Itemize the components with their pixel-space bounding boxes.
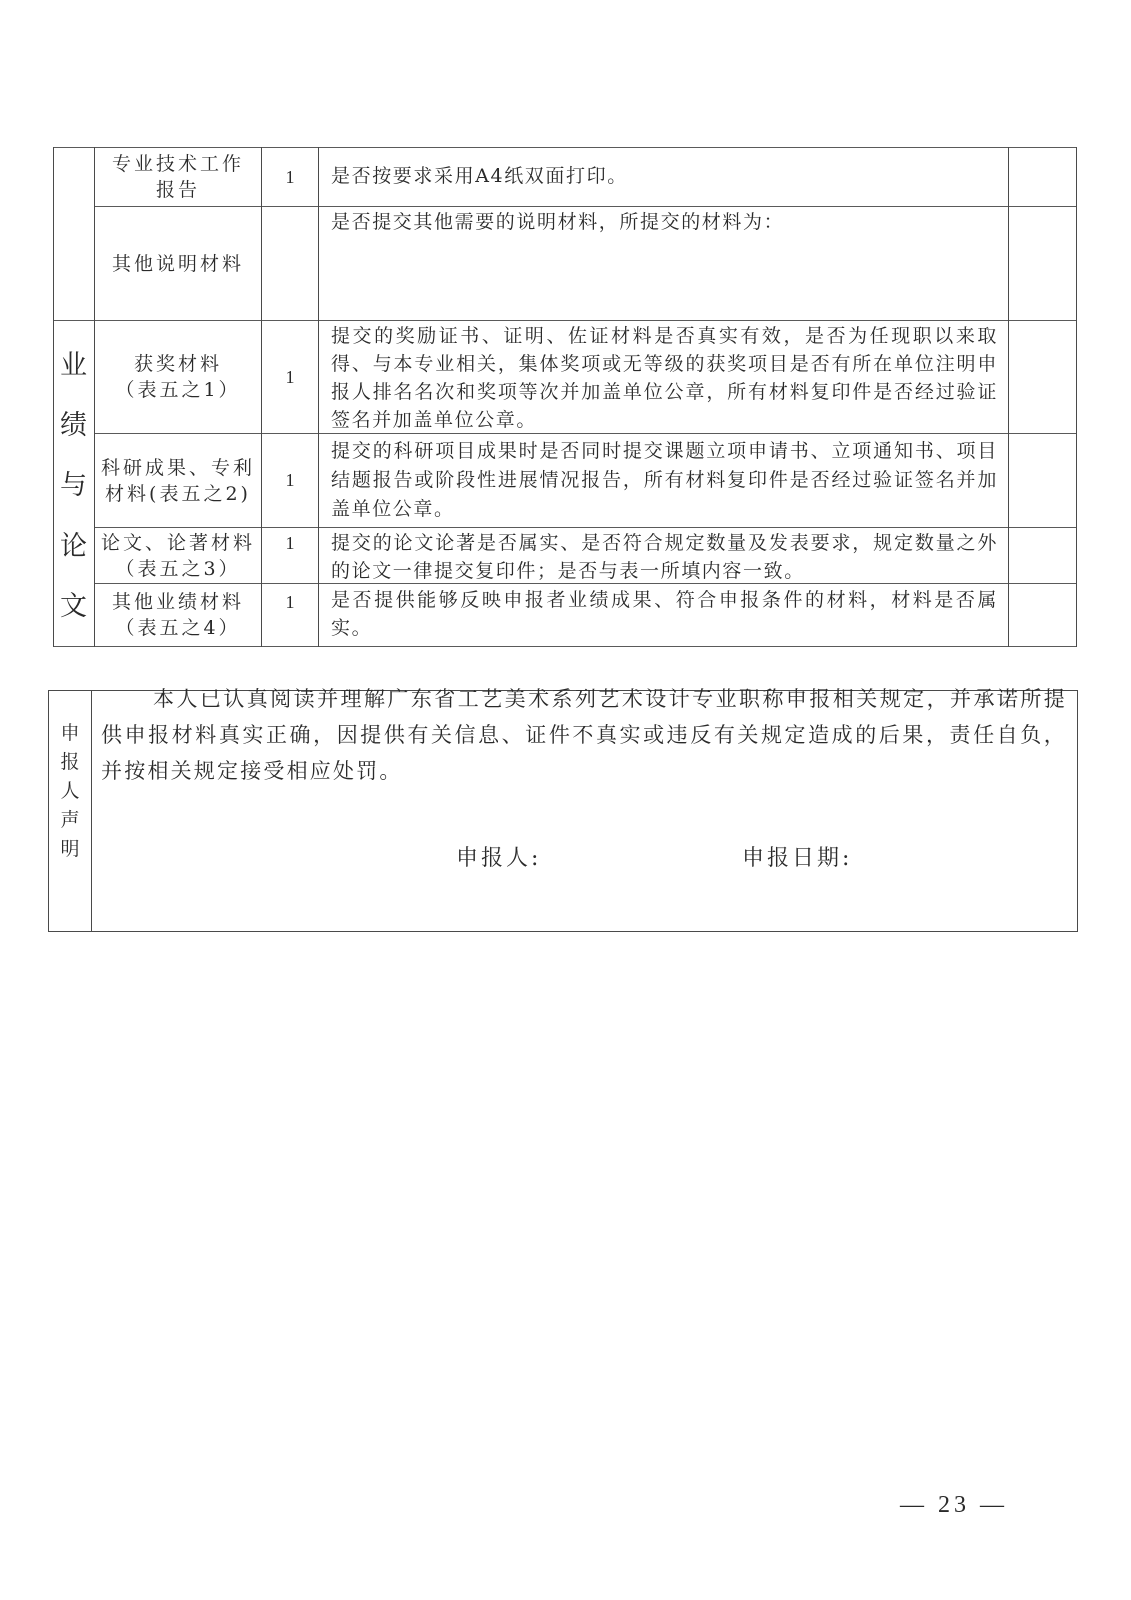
declaration-label-char: 明 [60,835,79,864]
declaration-label-char: 申 [60,719,79,748]
table-row-count: 1 [262,321,318,433]
declaration-label-char: 人 [60,777,79,806]
applicant-signature-label: 申报人: [456,841,541,872]
table-row-count: 1 [262,528,318,558]
check-cell[interactable] [1009,148,1076,206]
item-name-line: 获奖材料 [134,351,222,377]
item-name-line: 专业技术工作 [112,151,244,177]
item-name-line: 科研成果、专利 [101,455,255,481]
table-row-count [262,207,318,320]
item-name-line: 其他说明材料 [112,251,244,277]
table-row-requirement: 提交的奖励证书、证明、佐证材料是否真实有效，是否为任现职以来取得、与本专业相关，… [319,322,1008,434]
declaration-box: 申 报 人 声 明 本人已认真阅读并理解广东省工艺美术系列艺术设计专业职称申报相… [48,690,1078,932]
table-border-bottom [53,646,1077,647]
section-label-achievements: 业 绩 与 论 文 [53,320,94,646]
section-label-char: 论 [60,524,87,563]
item-name-line: 报告 [156,177,200,203]
item-name-line: （表五之4） [115,615,240,641]
checklist-table: 业 绩 与 论 文 专业技术工作 报告 1 是否按要求采用A4纸双面打印。 其他… [0,0,1131,660]
table-row-item: 获奖材料 （表五之1） [95,321,261,433]
check-cell[interactable] [1009,321,1076,433]
check-cell[interactable] [1009,207,1076,320]
table-row-item: 其他业绩材料 （表五之4） [95,584,261,646]
declaration-label: 申 报 人 声 明 [49,719,91,864]
item-name-line: 论文、论著材料 [101,530,255,556]
item-name-line: 材料(表五之2) [105,481,251,507]
section-label-char: 绩 [60,403,87,442]
declaration-label-char: 报 [60,748,79,777]
table-row-count: 1 [262,434,318,527]
check-cell[interactable] [1009,528,1076,583]
section-label-char: 文 [60,584,87,623]
item-name-line: 其他业绩材料 [112,589,244,615]
item-name-line: （表五之1） [115,377,240,403]
table-row-item: 论文、论著材料 （表五之3） [95,528,261,583]
page-number: — 23 — [900,1492,1008,1519]
table-row-item: 专业技术工作 报告 [95,148,261,206]
item-name-line: （表五之3） [115,556,240,582]
section-label-char: 业 [60,343,87,382]
check-cell[interactable] [1009,434,1076,527]
declaration-divider [91,691,92,931]
table-row-requirement: 是否提交其他需要的说明材料，所提交的材料为： [319,208,1008,236]
application-date-label: 申报日期: [742,841,852,872]
table-row-requirement: 是否提供能够反映申报者业绩成果、符合申报条件的材料，材料是否属实。 [319,586,1008,642]
table-row-requirement: 提交的科研项目成果时是否同时提交课题立项申请书、立项通知书、项目结题报告或阶段性… [319,437,1008,524]
table-row-requirement: 提交的论文论著是否属实、是否符合规定数量及发表要求，规定数量之外的论文一律提交复… [319,529,1008,585]
check-cell[interactable] [1009,584,1076,646]
table-row-item: 科研成果、专利 材料(表五之2) [95,434,261,527]
table-row-requirement: 是否按要求采用A4纸双面打印。 [319,162,1008,190]
table-row-count: 1 [262,148,318,206]
section-label-char: 与 [60,463,87,502]
table-border-right [1076,147,1077,647]
declaration-label-char: 声 [60,806,79,835]
declaration-statement: 本人已认真阅读并理解广东省工艺美术系列艺术设计专业职称申报相关规定，并承诺所提供… [101,681,1067,789]
table-row-count: 1 [262,584,318,620]
table-row-item: 其他说明材料 [95,207,261,320]
